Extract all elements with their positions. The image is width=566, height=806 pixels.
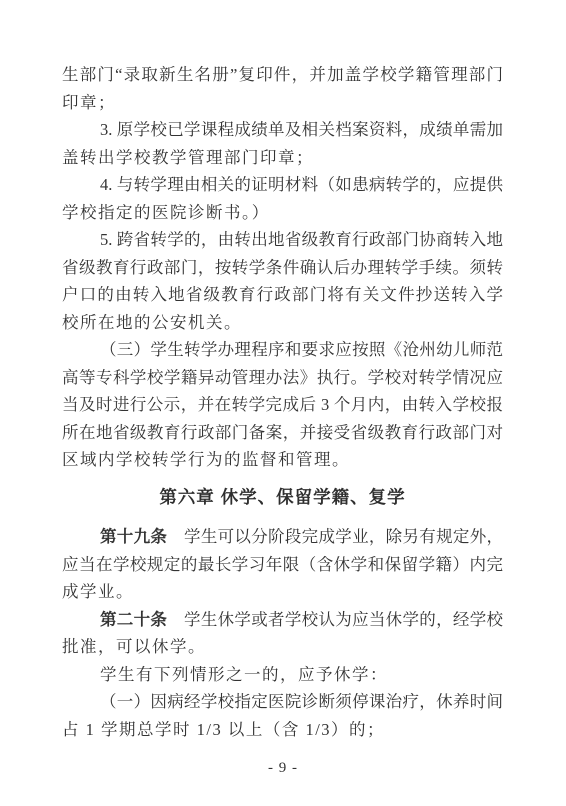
text-line: （三）学生转学办理程序和要求应按照《沧州幼儿师范 [62,336,503,364]
text-line: 省级教育行政部门，按转学条件确认后办理转学手续。须转 [62,254,503,282]
text-line: 盖转出学校教学管理部门印章； [62,144,503,172]
text-line: 第二十条 学生休学或者学校认为应当休学的，经学校 [62,606,503,634]
text-line: 当及时进行公示，并在转学完成后 3 个月内，由转入学校报 [62,391,503,419]
text-line: 4. 与转学理由相关的证明材料（如患病转学的，应提供 [62,171,503,199]
document-body: 生部门“录取新生名册”复印件，并加盖学校学籍管理部门 印章； 3. 原学校已学课… [62,61,503,743]
text-line: 学校指定的医院诊断书。） [62,199,503,227]
text-line: 所在地省级教育行政部门备案，并接受省级教育行政部门对 [62,419,503,447]
page-number: - 9 - [0,760,566,777]
text-line: 学生有下列情形之一的，应予休学： [62,661,503,689]
text-line: 成学业。 [62,578,503,606]
text-line: 5. 跨省转学的，由转出地省级教育行政部门协商转入地 [62,226,503,254]
document-page: 生部门“录取新生名册”复印件，并加盖学校学籍管理部门 印章； 3. 原学校已学课… [0,0,566,806]
text-line: 生部门“录取新生名册”复印件，并加盖学校学籍管理部门 [62,61,503,89]
text-line: 第十九条 学生可以分阶段完成学业，除另有规定外， [62,523,503,551]
chapter-heading: 第六章 休学、保留学籍、复学 [62,484,503,512]
text-line: 校所在地的公安机关。 [62,309,503,337]
text-line: （一）因病经学校指定医院诊断须停课治疗，休养时间 [62,688,503,716]
text-line: 占 1 学期总学时 1/3 以上（含 1/3）的； [62,716,503,744]
text-line: 批准，可以休学。 [62,633,503,661]
text-line: 3. 原学校已学课程成绩单及相关档案资料，成绩单需加 [62,116,503,144]
text-line: 印章； [62,89,503,117]
text-line: 应当在学校规定的最长学习年限（含休学和保留学籍）内完 [62,551,503,579]
text-line: 高等专科学校学籍异动管理办法》执行。学校对转学情况应 [62,364,503,392]
text-line: 区域内学校转学行为的监督和管理。 [62,446,503,474]
text-line: 户口的由转入地省级教育行政部门将有关文件抄送转入学 [62,281,503,309]
